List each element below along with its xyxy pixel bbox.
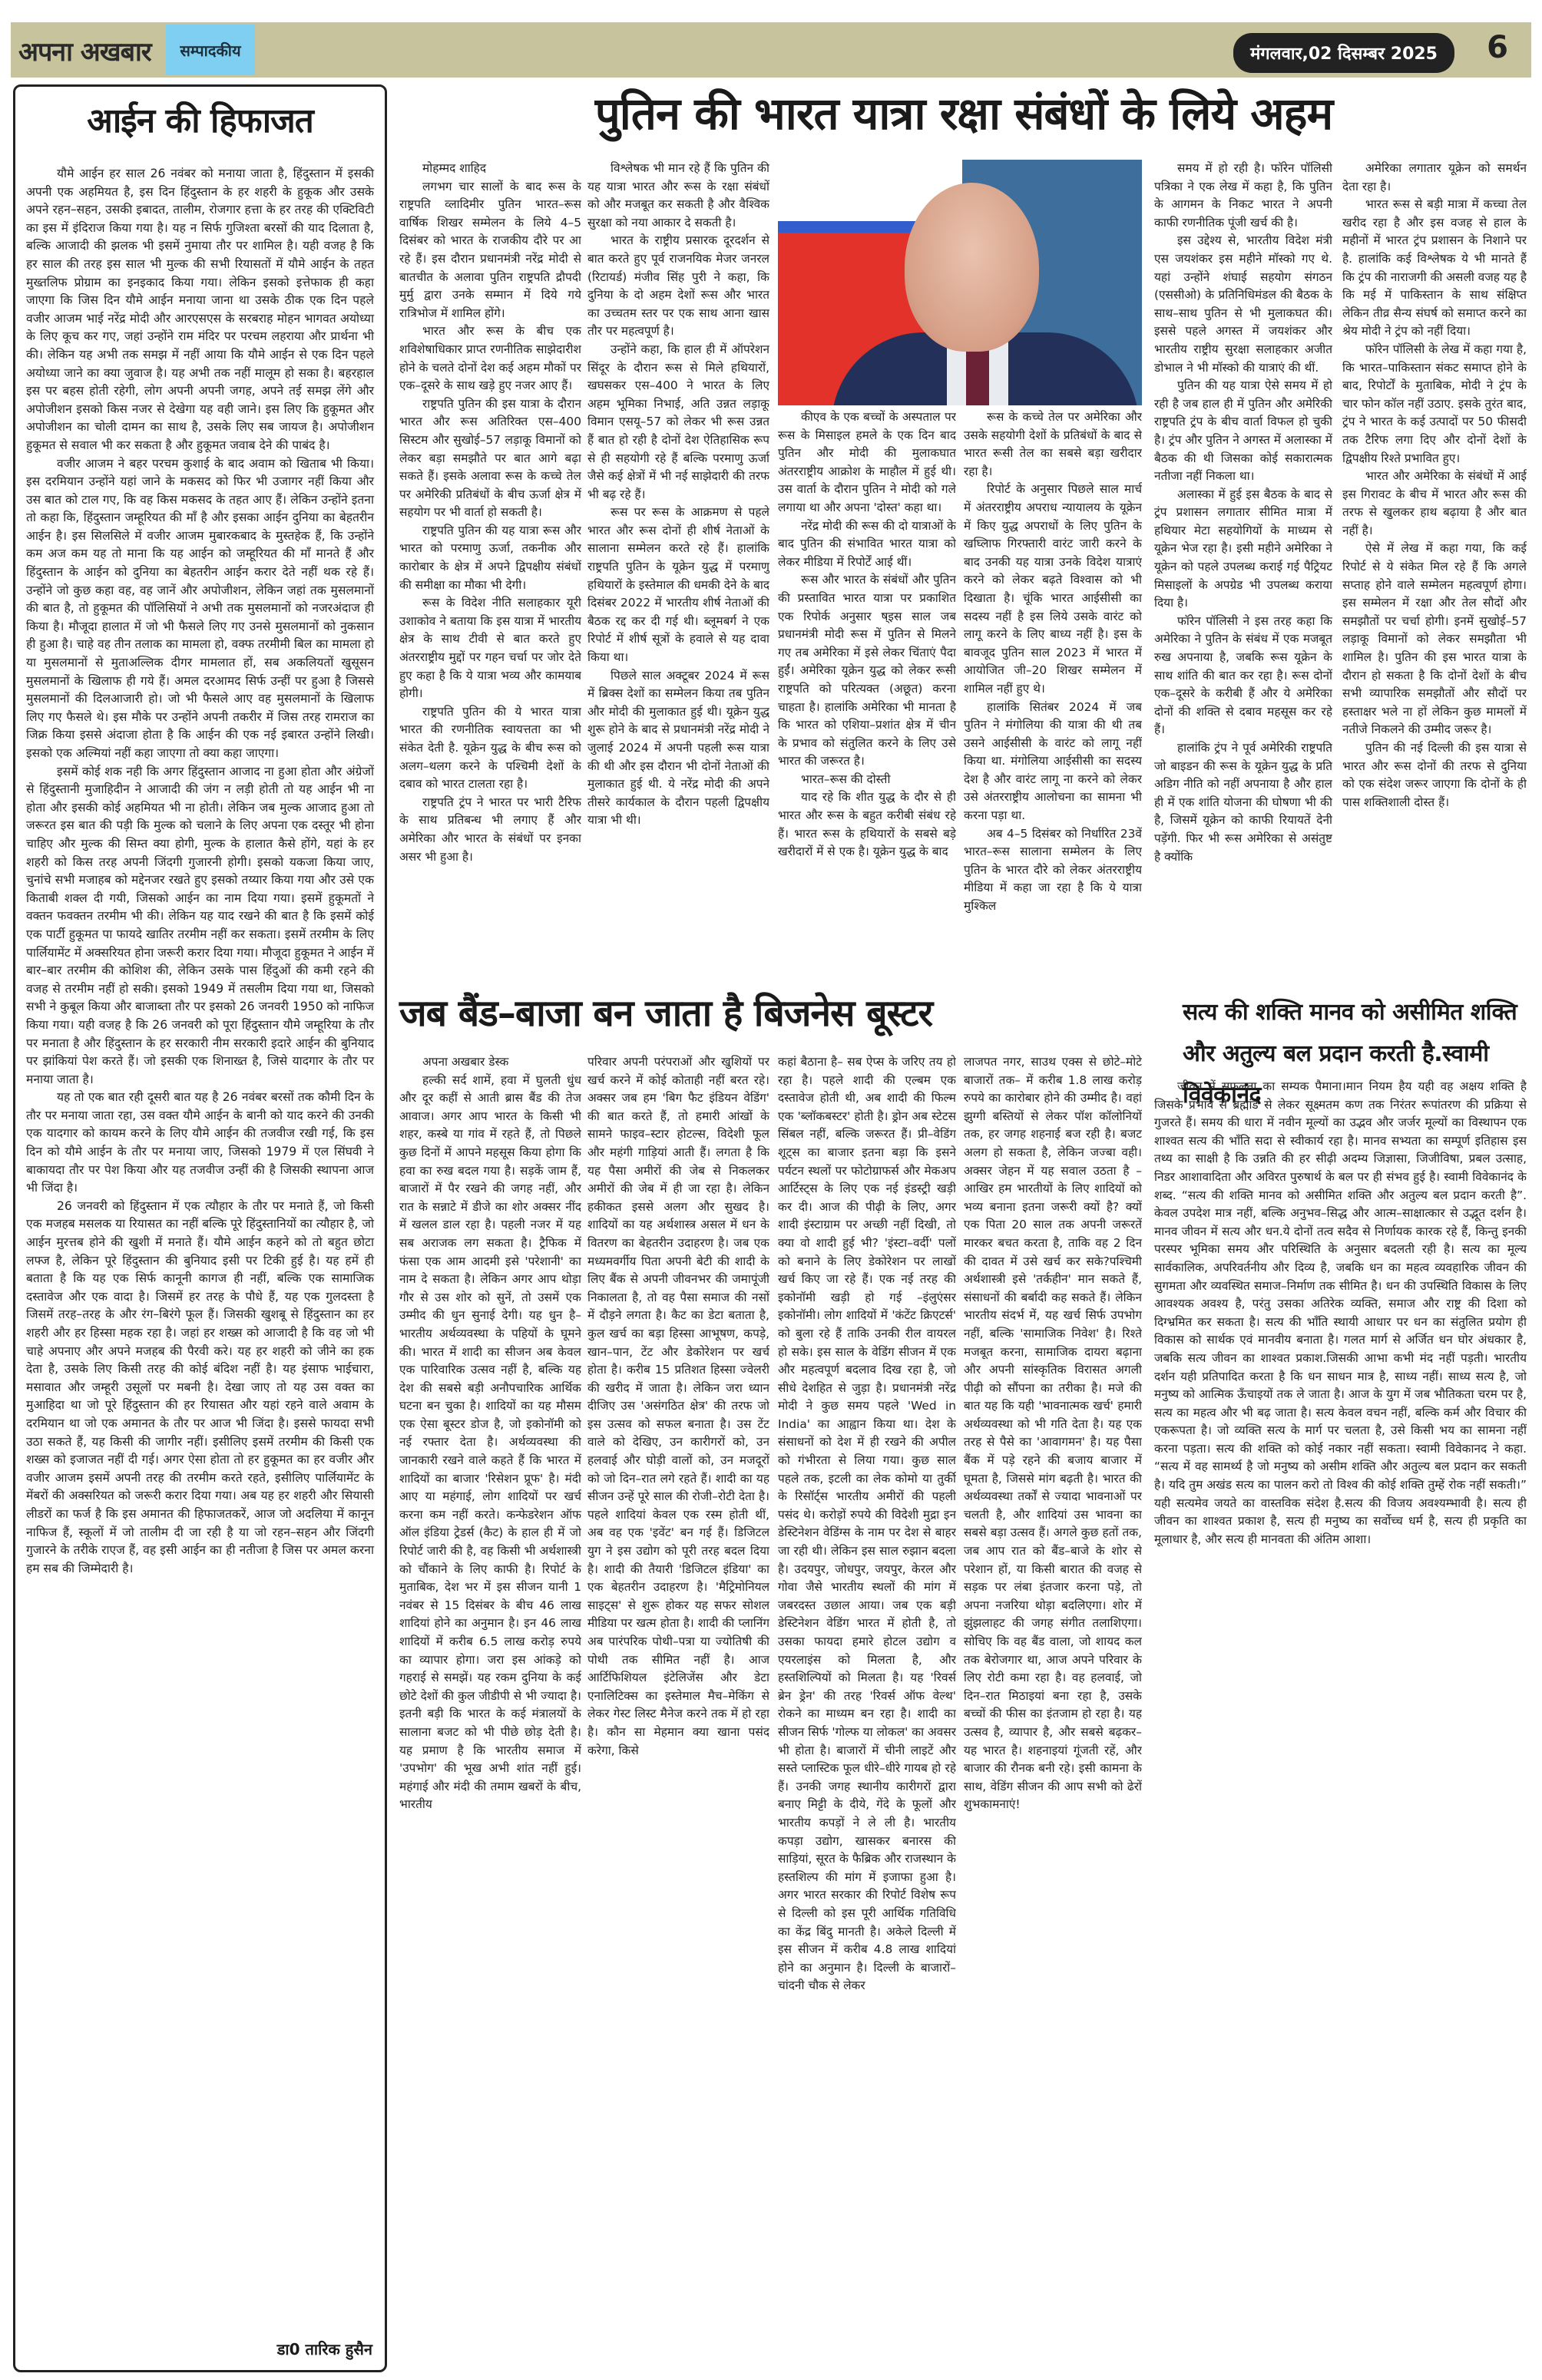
lead-paragraph: भारत और रूस के बीच एक शविशेषाधिकार प्राप… bbox=[399, 322, 581, 395]
wedding-column-1: अपना अखबार डेस्क हल्की सर्द शामें, हवा म… bbox=[399, 1053, 581, 2351]
lead-subheading: भारत–रूस की दोस्ती bbox=[778, 771, 956, 789]
lead-paragraph: राष्ट्रपति पुतिन की ये भारत यात्रा भारत … bbox=[399, 703, 581, 794]
lead-paragraph: नरेंद्र मोदी की रूस की दो यात्राओं के बा… bbox=[778, 517, 956, 572]
lead-paragraph: रूस और भारत के संबंधों और पुतिन की प्रस्… bbox=[778, 571, 956, 771]
editorial-column: आईन की हिफाजत यौमे आईन हर साल 26 नवंबर क… bbox=[13, 84, 387, 2372]
editorial-byline: डा0 तारिक हुसैन bbox=[277, 2339, 372, 2359]
lead-paragraph: पुतिन की यह यात्रा ऐसे समय में हो रही है… bbox=[1154, 377, 1332, 486]
lead-paragraph: राष्ट्रपति पुतिन की इस यात्रा के दौरान भ… bbox=[399, 395, 581, 522]
putin-photo bbox=[778, 160, 1142, 405]
lead-author: मोहम्मद शाहिद bbox=[399, 160, 581, 178]
section-tab-editorial[interactable]: सम्पादकीय bbox=[166, 25, 255, 75]
wedding-paragraph: परिवार अपनी परंपराओं और खुशियों पर खर्च … bbox=[587, 1053, 769, 1760]
vivekananda-paragraph: जीवन में सफलता का सम्यक पैमाना।मान नियम … bbox=[1154, 1078, 1527, 1549]
wedding-headline: जब बैंड–बाजा बन जाता है बिजनेस बूस्टर bbox=[399, 990, 1175, 1036]
lead-paragraph: अलास्का में हुई इस बैठक के बाद से ट्रंप … bbox=[1154, 486, 1332, 613]
lead-paragraph: पुतिन की नई दिल्ली की इस यात्रा से भारत … bbox=[1342, 739, 1527, 812]
lead-paragraph: लगभग चार सालों के बाद रूस के राष्ट्रपति … bbox=[399, 178, 581, 323]
lead-column-6: अमेरिका लगातार यूक्रेन को समर्थन देता रह… bbox=[1342, 160, 1527, 985]
lead-paragraph: उन्होंने कहा, कि हाल ही में ऑपरेशन सिंदू… bbox=[587, 341, 769, 504]
lead-paragraph: अमेरिका लगातार यूक्रेन को समर्थन देता रह… bbox=[1342, 160, 1527, 196]
wedding-column-2: परिवार अपनी परंपराओं और खुशियों पर खर्च … bbox=[587, 1053, 769, 2351]
lead-column-1: मोहम्मद शाहिद लगभग चार सालों के बाद रूस … bbox=[399, 160, 581, 985]
lead-paragraph: रिपोर्ट के अनुसार पिछले साल मार्च में अं… bbox=[964, 481, 1142, 698]
editorial-paragraph: वजीर आजम ने बहर परचम कुशाई के बाद अवाम क… bbox=[26, 455, 374, 763]
lead-column-3: कीएव के एक बच्चों के अस्पताल पर रूस के म… bbox=[778, 408, 956, 986]
lead-paragraph: भारत और अमेरिका के संबंधों में आई इस गिर… bbox=[1342, 468, 1527, 540]
masthead: अपना अखबार सम्पादकीय मंगलवार,02 दिसम्बर … bbox=[11, 22, 1531, 78]
tie-shape bbox=[966, 348, 989, 405]
lead-column-2: विश्लेषक भी मान रहे हैं कि पुतिन की यह य… bbox=[587, 160, 769, 985]
wedding-column-3: कहां बैठाना है– सब ऐप्स के जरिए तय हो रह… bbox=[778, 1053, 956, 2351]
lead-paragraph: हालांकि सितंबर 2024 में जब पुतिन ने मंगो… bbox=[964, 699, 1142, 825]
lead-paragraph: भारत के राष्ट्रीय प्रसारक दूरदर्शन से बा… bbox=[587, 232, 769, 341]
lead-paragraph: इस उद्देश्य से, भारतीय विदेश मंत्री एस ज… bbox=[1154, 232, 1332, 377]
editorial-paragraph: इसमें कोई शक नही कि अगर हिंदुस्तान आजाद … bbox=[26, 763, 374, 1089]
editorial-paragraph: 26 जनवरी को हिंदुस्तान में एक त्यौहार के… bbox=[26, 1198, 374, 1578]
editorial-title: आईन की हिफाजत bbox=[26, 96, 374, 142]
lead-headline: पुतिन की भारत यात्रा रक्षा संबंधों के लि… bbox=[399, 83, 1528, 144]
lead-paragraph: समय में हो रही है। फॉरेन पॉलिसी पत्रिका … bbox=[1154, 160, 1332, 232]
lead-paragraph: फॉरेन पॉलिसी के लेख में कहा गया है, कि भ… bbox=[1342, 341, 1527, 468]
editorial-body: यौमे आईन हर साल 26 नवंबर को मनाया जाता ह… bbox=[26, 165, 374, 1578]
wedding-author: अपना अखबार डेस्क bbox=[399, 1053, 581, 1072]
vivekananda-body: जीवन में सफलता का सम्यक पैमाना।मान नियम … bbox=[1154, 1078, 1527, 2306]
lead-paragraph: हालांकि ट्रंप ने पूर्व अमेरिकी राष्ट्रपत… bbox=[1154, 739, 1332, 866]
lead-paragraph: राष्ट्रपति ट्रंप ने भारत पर भारी टैरिफ क… bbox=[399, 794, 581, 866]
lead-paragraph: भारत रूस से बड़ी मात्रा में कच्चा तेल खर… bbox=[1342, 196, 1527, 341]
portrait-face bbox=[905, 183, 1039, 352]
wedding-paragraph: लाजपत नगर, साउथ एक्स से छोटे–मोटे बाजारो… bbox=[964, 1053, 1142, 1814]
lead-paragraph: कीएव के एक बच्चों के अस्पताल पर रूस के म… bbox=[778, 408, 956, 517]
lead-paragraph: रूस के विदेश नीति सलाहकार यूरी उशाकोव ने… bbox=[399, 594, 581, 703]
lead-paragraph: ऐसे में लेख में कहा गया, कि कई रिपोर्ट स… bbox=[1342, 540, 1527, 739]
editorial-paragraph: यह तो एक बात रही दूसरी बात यह है 26 नवंब… bbox=[26, 1089, 374, 1198]
date-badge: मंगलवार,02 दिसम्बर 2025 bbox=[1233, 33, 1454, 73]
wedding-paragraph: हल्की सर्द शामें, हवा में घुलती धुंध और … bbox=[399, 1072, 581, 1814]
wedding-column-4: लाजपत नगर, साउथ एक्स से छोटे–मोटे बाजारो… bbox=[964, 1053, 1142, 2351]
lead-column-4: रूस के कच्चे तेल पर अमेरिका और उसके सहयो… bbox=[964, 408, 1142, 986]
lead-paragraph: विश्लेषक भी मान रहे हैं कि पुतिन की यह य… bbox=[587, 160, 769, 232]
wedding-paragraph: कहां बैठाना है– सब ऐप्स के जरिए तय हो रह… bbox=[778, 1053, 956, 1995]
editorial-paragraph: यौमे आईन हर साल 26 नवंबर को मनाया जाता ह… bbox=[26, 165, 374, 455]
lead-paragraph: अब 4–5 दिसंबर को निर्धारित 23वें भारत–रू… bbox=[964, 825, 1142, 916]
lead-paragraph: फॉरेन पॉलिसी ने इस तरह कहा कि अमेरिका ने… bbox=[1154, 613, 1332, 739]
lead-column-5: समय में हो रही है। फॉरेन पॉलिसी पत्रिका … bbox=[1154, 160, 1332, 985]
lead-paragraph: रूस पर रूस के आक्रमण से पहले भारत और रूस… bbox=[587, 504, 769, 666]
lead-paragraph: राष्ट्रपति पुतिन की यह यात्रा रूस और भार… bbox=[399, 522, 581, 594]
lead-paragraph: रूस के कच्चे तेल पर अमेरिका और उसके सहयो… bbox=[964, 408, 1142, 481]
lead-paragraph: याद रहे कि शीत युद्ध के दौर से ही भारत औ… bbox=[778, 788, 956, 861]
newspaper-brand: अपना अखबार bbox=[18, 33, 151, 68]
lead-paragraph: पिछले साल अक्टूबर 2024 में रूस में ब्रिक… bbox=[587, 667, 769, 830]
page-number: 6 bbox=[1487, 30, 1508, 65]
